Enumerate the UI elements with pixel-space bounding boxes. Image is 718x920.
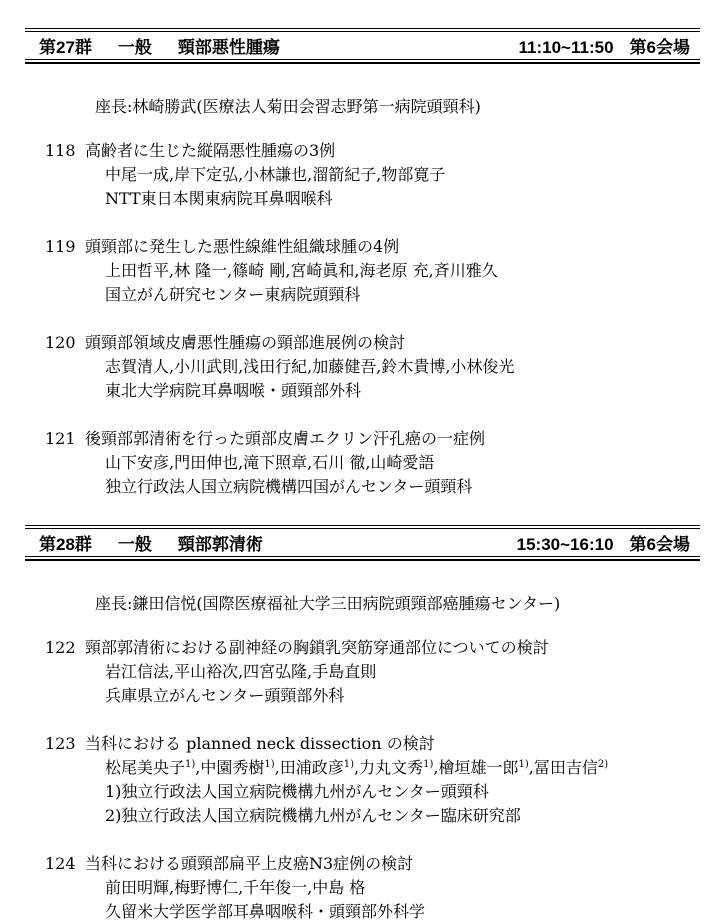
rule-line: [25, 59, 700, 60]
presentation-title: 頸部郭清術における副神経の胸鎖乳突筋穿通部位についての検討: [85, 636, 718, 660]
presentation-authors: 上田哲平,林 隆一,篠崎 剛,宮崎眞和,海老原 充,斉川雅久: [105, 259, 718, 283]
chair-line: 座長:林崎勝武(医療法人菊田会習志野第一病院頭頸科): [95, 95, 718, 119]
rule-line: [25, 559, 700, 561]
presentation-authors: 中尾一成,岸下定弘,小林謙也,溜箭紀子,物部寛子: [105, 163, 718, 187]
presentation-authors: 山下安彦,門田伸也,滝下照章,石川 徹,山崎愛語: [105, 451, 718, 475]
presentation-affiliation: 兵庫県立がんセンター頭頸部外科: [105, 684, 718, 708]
session-time: 11:10~11:50: [519, 38, 614, 57]
author-affiliation-superscript: 1): [423, 759, 433, 770]
presentation-title: 後頸部郭清術を行った頭部皮膚エクリン汗孔癌の一症例: [85, 427, 718, 451]
session-category-label: 一般: [118, 38, 152, 57]
presentation-authors: 松尾美央子1),中園秀樹1),田浦政彦1),力丸文秀1),檜垣雄一郎1),冨田吉…: [105, 756, 718, 780]
session-header-left: 第27群一般頸部悪性腫瘍: [39, 33, 280, 58]
session-section: 第28群一般頸部郭清術15:30~16:10第6会場座長:鎌田信悦(国際医療福祉…: [0, 525, 718, 920]
session-group-label: 第27群: [39, 38, 92, 57]
presentation-item: 123当科における planned neck dissection の検討松尾美…: [0, 732, 718, 828]
author-name: 冨田吉信: [534, 758, 598, 777]
session-header-text: 第28群一般頸部郭清術15:30~16:10第6会場: [25, 529, 700, 556]
session-header-band: 第28群一般頸部郭清術15:30~16:10第6会場: [25, 525, 700, 561]
session-header-text: 第27群一般頸部悪性腫瘍11:10~11:50第6会場: [25, 32, 700, 59]
session-header-band: 第27群一般頸部悪性腫瘍11:10~11:50第6会場: [25, 28, 700, 64]
session-section: 第27群一般頸部悪性腫瘍11:10~11:50第6会場座長:林崎勝武(医療法人菊…: [0, 28, 718, 499]
presentation-title: 頭頸部領域皮膚悪性腫瘍の頸部進展例の検討: [85, 331, 718, 355]
presentation-item: 122頸部郭清術における副神経の胸鎖乳突筋穿通部位についての検討岩江信法,平山裕…: [0, 636, 718, 708]
session-header-right: 11:10~11:50第6会場: [519, 33, 690, 58]
presentation-number: 122: [45, 636, 76, 660]
chair-line: 座長:鎌田信悦(国際医療福祉大学三田病院頭頸部癌腫瘍センター): [95, 592, 718, 616]
presentation-affiliation: 独立行政法人国立病院機構四国がんセンター頭頸科: [105, 475, 718, 499]
author-affiliation-superscript: 2): [598, 759, 608, 770]
session-header-left: 第28群一般頸部郭清術: [39, 530, 263, 555]
presentation-title: 当科における planned neck dissection の検討: [85, 732, 718, 756]
presentation-title: 当科における頭頸部扁平上皮癌N3症例の検討: [85, 852, 718, 876]
chair-label: 座長:: [95, 594, 132, 613]
presentation-item: 121後頸部郭清術を行った頭部皮膚エクリン汗孔癌の一症例山下安彦,門田伸也,滝下…: [0, 427, 718, 499]
session-title-label: 頸部郭清術: [178, 535, 263, 554]
session-group-label: 第28群: [39, 535, 92, 554]
presentation-item: 118高齢者に生じた縦隔悪性腫瘍の3例中尾一成,岸下定弘,小林謙也,溜箭紀子,物…: [0, 139, 718, 211]
author-affiliation-superscript: 1): [185, 759, 195, 770]
chair-name-affiliation: 林崎勝武(医療法人菊田会習志野第一病院頭頸科): [132, 97, 481, 116]
double-rule-bottom: [25, 59, 700, 64]
presentation-affiliation: 2)独立行政法人国立病院機構九州がんセンター臨床研究部: [105, 804, 718, 828]
author-affiliation-superscript: 1): [344, 759, 354, 770]
author-affiliation-superscript: 1): [264, 759, 274, 770]
chair-label: 座長:: [95, 97, 132, 116]
presentation-number: 120: [45, 331, 76, 355]
rule-line: [25, 28, 700, 29]
session-venue: 第6会場: [630, 38, 690, 57]
author-affiliation-superscript: 1): [519, 759, 529, 770]
author-name: 檜垣雄一郎: [439, 758, 519, 777]
presentation-list: 118高齢者に生じた縦隔悪性腫瘍の3例中尾一成,岸下定弘,小林謙也,溜箭紀子,物…: [0, 139, 718, 499]
presentation-affiliation: NTT東日本関東病院耳鼻咽喉科: [105, 187, 718, 211]
session-header-right: 15:30~16:10第6会場: [517, 530, 690, 555]
presentation-affiliation: 国立がん研究センター東病院頭頸科: [105, 283, 718, 307]
rule-line: [25, 62, 700, 64]
session-time: 15:30~16:10: [517, 535, 614, 554]
presentation-number: 124: [45, 852, 76, 876]
author-name: 松尾美央子: [105, 758, 185, 777]
presentation-number: 119: [45, 235, 76, 259]
program-page: 第27群一般頸部悪性腫瘍11:10~11:50第6会場座長:林崎勝武(医療法人菊…: [0, 0, 718, 920]
author-name: 中園秀樹: [200, 758, 264, 777]
presentation-item: 124当科における頭頸部扁平上皮癌N3症例の検討前田明輝,梅野博仁,千年俊一,中…: [0, 852, 718, 920]
presentation-list: 122頸部郭清術における副神経の胸鎖乳突筋穿通部位についての検討岩江信法,平山裕…: [0, 636, 718, 920]
presentation-authors: 前田明輝,梅野博仁,千年俊一,中島 格: [105, 876, 718, 900]
presentation-affiliation: 久留米大学医学部耳鼻咽喉科・頭頸部外科学: [105, 900, 718, 920]
presentation-affiliation: 東北大学病院耳鼻咽喉・頭頸部外科: [105, 379, 718, 403]
session-title-label: 頸部悪性腫瘍: [178, 38, 280, 57]
presentation-title: 頭頸部に発生した悪性線維性組織球腫の4例: [85, 235, 718, 259]
presentation-affiliation: 1)独立行政法人国立病院機構九州がんセンター頭頸科: [105, 780, 718, 804]
presentation-title: 高齢者に生じた縦隔悪性腫瘍の3例: [85, 139, 718, 163]
double-rule-bottom: [25, 556, 700, 561]
presentation-item: 120頭頸部領域皮膚悪性腫瘍の頸部進展例の検討志賀清人,小川武則,浅田行紀,加藤…: [0, 331, 718, 403]
presentation-authors: 志賀清人,小川武則,浅田行紀,加藤健吾,鈴木貴博,小林俊光: [105, 355, 718, 379]
presentation-item: 119頭頸部に発生した悪性線維性組織球腫の4例上田哲平,林 隆一,篠崎 剛,宮崎…: [0, 235, 718, 307]
author-name: 力丸文秀: [359, 758, 423, 777]
sections-root: 第27群一般頸部悪性腫瘍11:10~11:50第6会場座長:林崎勝武(医療法人菊…: [0, 28, 718, 920]
presentation-number: 121: [45, 427, 76, 451]
session-venue: 第6会場: [630, 535, 690, 554]
rule-line: [25, 556, 700, 557]
chair-name-affiliation: 鎌田信悦(国際医療福祉大学三田病院頭頸部癌腫瘍センター): [132, 594, 560, 613]
presentation-authors: 岩江信法,平山裕次,四宮弘隆,手島直則: [105, 660, 718, 684]
presentation-number: 118: [45, 139, 76, 163]
session-category-label: 一般: [118, 535, 152, 554]
rule-line: [25, 525, 700, 526]
presentation-number: 123: [45, 732, 76, 756]
author-name: 田浦政彦: [280, 758, 344, 777]
